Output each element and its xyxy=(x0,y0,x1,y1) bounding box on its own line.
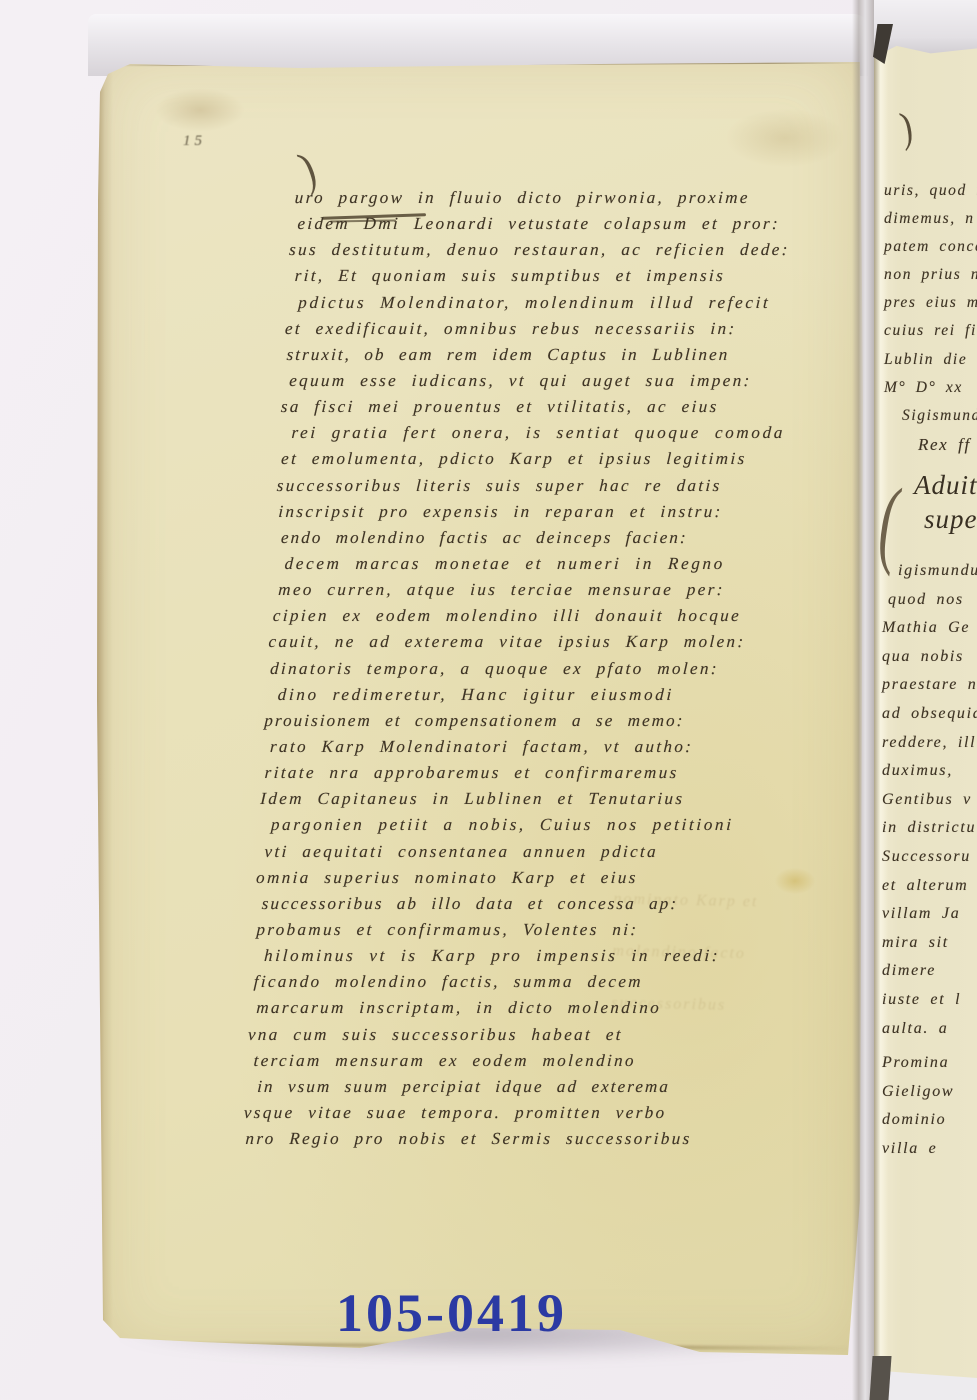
facing-page-heading: Aduit supe xyxy=(914,468,977,536)
manuscript-line: meo curren, atque ius terciae mensurae p… xyxy=(277,580,864,606)
manuscript-line: et emolumenta, pdicto Karp et ipsius leg… xyxy=(280,449,871,475)
manuscript-line: villam Ja xyxy=(882,905,977,934)
manuscript-line: igismundus xyxy=(898,562,977,591)
manuscript-line: vna cum suis successoribus habeat et xyxy=(247,1025,841,1051)
parchment-stain xyxy=(725,108,845,168)
heading-line: Aduit xyxy=(914,468,977,502)
manuscript-scan-stage: 15 ) uro pargow in fluuio dicto pirwonia… xyxy=(0,0,977,1400)
manuscript-line: probamus et confirmamus, Volentes ni: xyxy=(256,920,847,946)
manuscript-line: patem concess xyxy=(884,238,977,266)
manuscript-line: Lublin die xyxy=(884,351,977,379)
manuscript-line: villa e xyxy=(882,1140,977,1169)
manuscript-line: Gieligow xyxy=(882,1083,977,1112)
manuscript-line: praestare n xyxy=(882,676,977,705)
manuscript-line: terciam mensuram ex eodem molendino xyxy=(253,1051,840,1077)
manuscript-line: cipien ex eodem molendino illi donauit h… xyxy=(272,606,863,632)
manuscript-line: ritate nra approbaremus et confirmaremus xyxy=(264,763,855,789)
manuscript-line: et exedificauit, omnibus rebus necessari… xyxy=(284,319,878,345)
manuscript-line: endo molendino factis ac deinceps facien… xyxy=(280,528,867,554)
parchment-stain xyxy=(155,88,245,132)
manuscript-line: duximus, xyxy=(882,762,977,791)
manuscript-line: rit, Et quoniam suis sumptibus et impens… xyxy=(294,266,881,292)
manuscript-line: dino redimeretur, Hanc igitur eiusmodi xyxy=(277,685,859,711)
manuscript-line: dominio xyxy=(882,1111,977,1140)
manuscript-line: et alterum xyxy=(882,877,977,906)
manuscript-line: uro pargow in fluuio dicto pirwonia, pro… xyxy=(294,188,885,214)
manuscript-line: dimemus, n xyxy=(884,210,977,238)
manuscript-line: omnia superius nominato Karp et eius xyxy=(255,868,849,894)
manuscript-line: rato Karp Molendinatori factam, vt autho… xyxy=(269,737,856,763)
manuscript-line: successoribus ab illo data et concessa a… xyxy=(261,894,848,920)
manuscript-line: Mathia Ge xyxy=(882,619,977,648)
manuscript-line: qua nobis xyxy=(882,648,977,677)
manuscript-line: in vsum suum percipiat idque ad exterema xyxy=(256,1077,838,1103)
manuscript-line: eidem Dmi Leonardi vetustate colapsum et… xyxy=(297,214,884,240)
manuscript-line: decem marcas monetae et numeri in Regno xyxy=(284,554,866,580)
manuscript-line: aulta. a xyxy=(882,1020,977,1049)
manuscript-line: reddere, ill xyxy=(882,734,977,763)
manuscript-line: pdictus Molendinator, molendinum illud r… xyxy=(297,293,879,319)
manuscript-line: ad obsequia xyxy=(882,705,977,734)
manuscript-line: successoribus literis suis super hac re … xyxy=(276,476,870,502)
manuscript-line: rei gratia fert onera, is sentiat quoque… xyxy=(291,423,873,449)
facing-page-upper-text: uris, quod neq3dimemus, npatem concessno… xyxy=(884,182,977,463)
manuscript-line: cauit, ne ad exterema vitae ipsius Karp … xyxy=(268,632,862,658)
manuscript-line: nro Regio pro nobis et Sermis successori… xyxy=(245,1129,836,1155)
manuscript-line: M° D° xx xyxy=(884,379,977,407)
manuscript-line: prouisionem et compensationem a se memo: xyxy=(264,711,858,737)
manuscript-line: sa fisci mei prouentus et vtilitatis, ac… xyxy=(280,397,874,423)
manuscript-text-block: uro pargow in fluuio dicto pirwonia, pro… xyxy=(245,188,886,1155)
manuscript-line: quod nos xyxy=(888,591,977,620)
heading-line: supe xyxy=(924,502,977,536)
manuscript-line: dinatoris tempora, a quoque ex pfato mol… xyxy=(269,659,860,685)
manuscript-line: sus destitutum, denuo restauran, ac refi… xyxy=(288,240,882,266)
manuscript-line: pargonien petiit a nobis, Cuius nos peti… xyxy=(270,815,852,841)
manuscript-line: uris, quod neq3 xyxy=(884,182,977,210)
manuscript-line: Gentibus v xyxy=(882,791,977,820)
manuscript-line: cuius rei fi xyxy=(884,322,977,350)
manuscript-line: pres eius m xyxy=(884,294,977,322)
manuscript-line: struxit, ob eam rem idem Captus in Lubli… xyxy=(286,345,877,371)
manuscript-line: iuste et l xyxy=(882,991,977,1020)
manuscript-line: non prius n xyxy=(884,266,977,294)
inventory-number-label: 105-0419 xyxy=(336,1286,567,1340)
facing-page-lower-text: igismundusquod nosMathia Gequa nobisprae… xyxy=(882,562,977,1168)
manuscript-line: in districtu xyxy=(882,819,977,848)
manuscript-line: vsque vitae suae tempora. promitten verb… xyxy=(243,1103,837,1129)
manuscript-line: Sigismundu xyxy=(902,407,977,435)
manuscript-line: Rex ff xyxy=(918,435,977,463)
manuscript-line: Promina xyxy=(882,1054,977,1083)
manuscript-line: hilominus vt is Karp pro impensis in ree… xyxy=(263,946,845,972)
pencil-foliation-mark: 15 xyxy=(183,133,206,150)
manuscript-line: equum esse iudicans, vt qui auget sua im… xyxy=(288,371,875,397)
manuscript-line: dimere xyxy=(882,962,977,991)
manuscript-line: ficando molendino factis, summa decem xyxy=(253,972,844,998)
manuscript-line: Successoru xyxy=(882,848,977,877)
manuscript-line: marcarum inscriptam, in dicto molendino xyxy=(256,998,843,1024)
manuscript-line: vti aequitati consentanea annuen pdicta xyxy=(264,842,851,868)
manuscript-line: Idem Capitaneus in Lublinen et Tenutariu… xyxy=(259,789,853,815)
page-left-edge xyxy=(95,48,113,1360)
manuscript-line: mira sit xyxy=(882,934,977,963)
manuscript-line: inscripsit pro expensis in reparan et in… xyxy=(278,502,869,528)
gutter-bottom-bar xyxy=(869,1356,891,1400)
